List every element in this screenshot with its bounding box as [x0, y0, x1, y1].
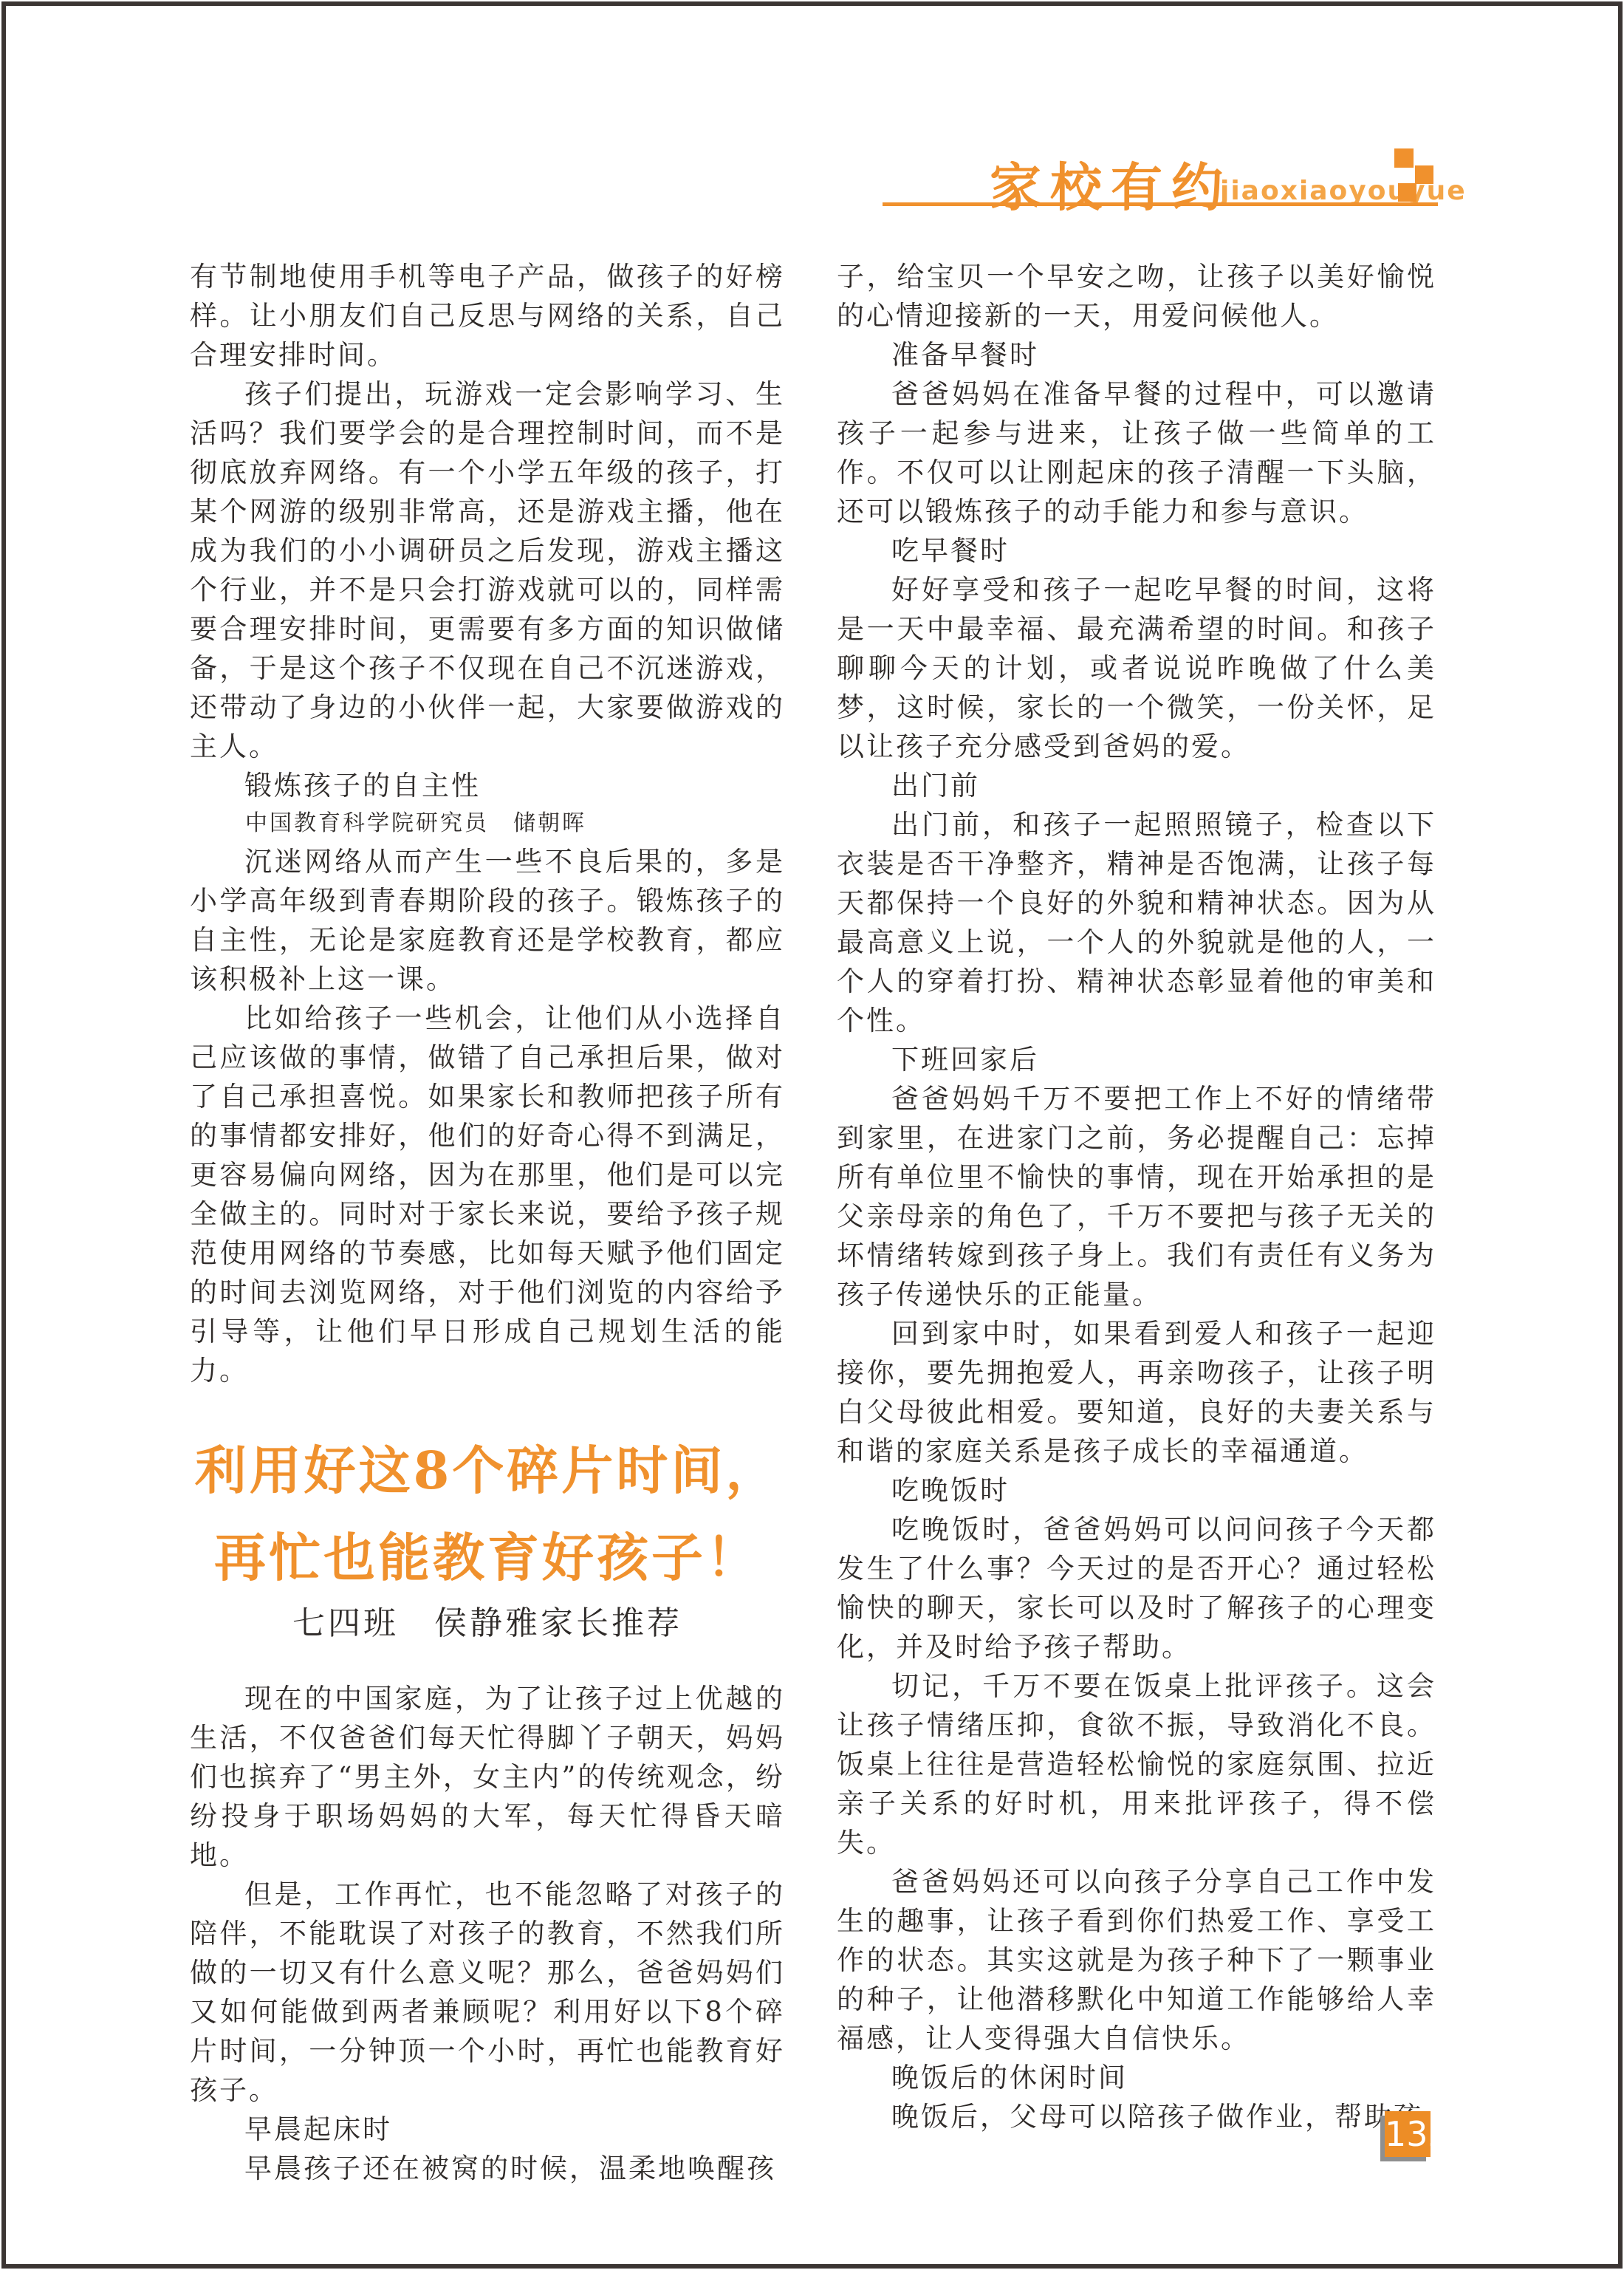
- sub-heading: 下班回家后: [837, 1040, 1436, 1079]
- sub-heading: 出门前: [837, 766, 1436, 805]
- article-heading-line2: 再忙也能教育好孩子！: [190, 1514, 785, 1601]
- paragraph: 爸爸妈妈在准备早餐的过程中，可以邀请孩子一起参与进来，让孩子做一些简单的工作。不…: [837, 375, 1436, 531]
- pixel-square-icon: [1398, 183, 1416, 202]
- article-heading-line1: 利用好这8个碎片时间，: [190, 1427, 785, 1514]
- article-byline: 七四班 侯静雅家长推荐: [190, 1601, 785, 1646]
- byline: 中国教育科学院研究员 储朝晖: [190, 805, 785, 842]
- header-rule: [883, 202, 1438, 206]
- right-column: 子，给宝贝一个早安之吻，让孩子以美好愉悦的心情迎接新的一天，用爱问候他人。准备早…: [837, 257, 1436, 2136]
- paragraph-continuation: 子，给宝贝一个早安之吻，让孩子以美好愉悦的心情迎接新的一天，用爱问候他人。: [837, 257, 1436, 335]
- paragraph: 沉迷网络从而产生一些不良后果的，多是小学高年级到青春期阶段的孩子。锻炼孩子的自主…: [190, 842, 785, 999]
- paragraph: 吃晚饭时，爸爸妈妈可以问问孩子今天都发生了什么事？今天过的是否开心？通过轻松愉快…: [837, 1510, 1436, 1666]
- sub-heading: 吃早餐时: [837, 531, 1436, 570]
- left-column-part2: 现在的中国家庭，为了让孩子过上优越的生活，不仅爸爸们每天忙得脚丫子朝天，妈妈们也…: [190, 1679, 785, 2188]
- paragraph: 比如给孩子一些机会，让他们从小选择自己应该做的事情，做错了自己承担后果，做对了自…: [190, 999, 785, 1390]
- paragraph-continuation: 有节制地使用手机等电子产品，做孩子的好榜样。让小朋友们自己反思与网络的关系，自己…: [190, 257, 785, 375]
- article-heading: 利用好这8个碎片时间， 再忙也能教育好孩子！: [190, 1427, 785, 1601]
- pixel-squares-icon: [1393, 147, 1452, 206]
- paragraph: 切记，千万不要在饭桌上批评孩子。这会让孩子情绪压抑，食欲不振，导致消化不良。饭桌…: [837, 1666, 1436, 1862]
- paragraph: 早晨孩子还在被窝的时候，温柔地唤醒孩: [190, 2149, 785, 2188]
- left-column: 有节制地使用手机等电子产品，做孩子的好榜样。让小朋友们自己反思与网络的关系，自己…: [190, 257, 785, 2188]
- magazine-page: 家校有约 jiaoxiaoyouyue 有节制地使用手机等电子产品，做孩子的好榜…: [0, 0, 1624, 2270]
- paragraph: 现在的中国家庭，为了让孩子过上优越的生活，不仅爸爸们每天忙得脚丫子朝天，妈妈们也…: [190, 1679, 785, 1875]
- sub-heading: 吃晚饭时: [837, 1471, 1436, 1510]
- sub-heading: 准备早餐时: [837, 335, 1436, 375]
- pixel-square-icon: [1415, 165, 1433, 184]
- sub-heading: 早晨起床时: [190, 2110, 785, 2149]
- paragraph: 爸爸妈妈千万不要把工作上不好的情绪带到家里，在进家门之前，务必提醒自己：忘掉所有…: [837, 1079, 1436, 1314]
- paragraph: 但是，工作再忙，也不能忽略了对孩子的陪伴，不能耽误了对孩子的教育，不然我们所做的…: [190, 1875, 785, 2110]
- paragraph: 出门前，和孩子一起照照镜子，检查以下衣装是否干净整齐，精神是否饱满，让孩子每天都…: [837, 805, 1436, 1040]
- sub-heading: 晚饭后的休闲时间: [837, 2058, 1436, 2097]
- page-number-badge: 132: [1385, 2111, 1431, 2157]
- left-column-part1: 有节制地使用手机等电子产品，做孩子的好榜样。让小朋友们自己反思与网络的关系，自己…: [190, 257, 785, 1390]
- sub-heading: 锻炼孩子的自主性: [190, 766, 785, 805]
- paragraph: 晚饭后，父母可以陪孩子做作业，帮助孩: [837, 2097, 1436, 2136]
- pixel-square-icon: [1394, 148, 1414, 168]
- section-title: 家校有约: [990, 146, 1232, 221]
- paragraph: 孩子们提出，玩游戏一定会影响学习、生活吗？我们要学会的是合理控制时间，而不是彻底…: [190, 375, 785, 766]
- paragraph: 回到家中时，如果看到爱人和孩子一起迎接你，要先拥抱爱人，再亲吻孩子，让孩子明白父…: [837, 1314, 1436, 1471]
- paragraph: 好好享受和孩子一起吃早餐的时间，这将是一天中最幸福、最充满希望的时间。和孩子聊聊…: [837, 570, 1436, 766]
- paragraph: 爸爸妈妈还可以向孩子分享自己工作中发生的趣事，让孩子看到你们热爱工作、享受工作的…: [837, 1862, 1436, 2058]
